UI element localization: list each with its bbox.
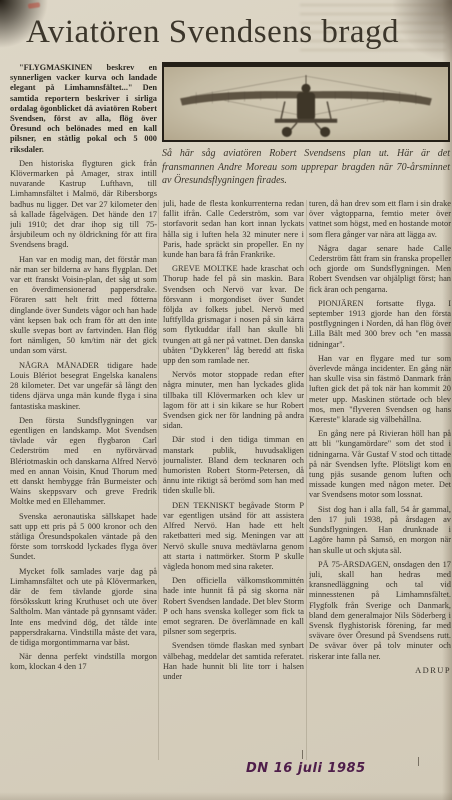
article-paragraph: Han var en modig man, det förstår man nä… bbox=[10, 255, 157, 357]
article-paragraph: DEN TEKNISKT begåvade Storm P var egentl… bbox=[163, 501, 304, 572]
monoplane-illustration bbox=[164, 67, 448, 140]
article-paragraph: PIONJÄREN fortsatte flyga. I september 1… bbox=[309, 299, 451, 350]
article-title: Aviatören Svendsens bragd bbox=[26, 14, 426, 51]
article-paragraph: Den första Sundsflygningen var egentlige… bbox=[10, 416, 157, 508]
airplane-photo bbox=[162, 62, 450, 142]
article-paragraph: "FLYGMASKINEN beskrev en synnerligen vac… bbox=[10, 63, 157, 155]
article-paragraph: Den historiska flygturen gick från Klöve… bbox=[10, 159, 157, 251]
article-paragraph: Där stod i den tidiga timman en manstark… bbox=[163, 435, 304, 496]
article-paragraph: Några dagar senare hade Calle Cederström… bbox=[309, 244, 451, 295]
newspaper-clipping: Aviatören Svendsens bragd bbox=[0, 0, 452, 800]
article-column-1: "FLYGMASKINEN beskrev en synnerligen vac… bbox=[10, 63, 157, 798]
article-column-3: turen, då han drev som ett flarn i sin d… bbox=[309, 199, 451, 774]
article-paragraph: GREVE MOLTKE hade kraschat och Thorup ha… bbox=[163, 264, 304, 366]
article-paragraph: PÅ 75-ÅRSDAGEN, onsdagen den 17 juli, sk… bbox=[309, 560, 451, 662]
column-rule bbox=[306, 200, 307, 760]
column-rule bbox=[158, 200, 159, 760]
article-paragraph: En gång nere på Rivieran höll han på att… bbox=[309, 429, 451, 500]
article-paragraph: Sist dog han i alla fall, 54 år gammal, … bbox=[309, 505, 451, 556]
article-paragraph: juli, hade de flesta konkurrenterna reda… bbox=[163, 199, 304, 260]
article-paragraph: Svenska aeronautiska sällskapet hade sat… bbox=[10, 512, 157, 563]
article-paragraph: Han var en flygare med tur som överlevde… bbox=[309, 354, 451, 425]
photo-caption: Så här såg aviatören Robert Svendsens pl… bbox=[162, 147, 450, 188]
date-stamp: DN 16 juli 1985 bbox=[246, 761, 366, 776]
article-paragraph: NÅGRA MÅNADER tidigare hade Louis Blério… bbox=[10, 361, 157, 412]
article-paragraph: Den officiella välkomstkommittén hade in… bbox=[163, 576, 304, 637]
article-paragraph: När denna perfekt vindstilla morgon kom,… bbox=[10, 652, 157, 672]
article-column-2: juli, hade de flesta konkurrenterna reda… bbox=[163, 199, 304, 774]
byline: ADRUP bbox=[309, 666, 451, 676]
article-paragraph: turen, då han drev som ett flarn i sin d… bbox=[309, 199, 451, 240]
article-paragraph: Nervös motor stoppade redan efter några … bbox=[163, 370, 304, 431]
article-paragraph: Mycket folk samlades varje dag på Limham… bbox=[10, 567, 157, 649]
article-paragraph: Svendsen tömde flaskan med synbart välbe… bbox=[163, 641, 304, 682]
red-pen-mark bbox=[28, 2, 41, 9]
scan-mark bbox=[418, 757, 419, 766]
scan-mark bbox=[302, 750, 303, 759]
